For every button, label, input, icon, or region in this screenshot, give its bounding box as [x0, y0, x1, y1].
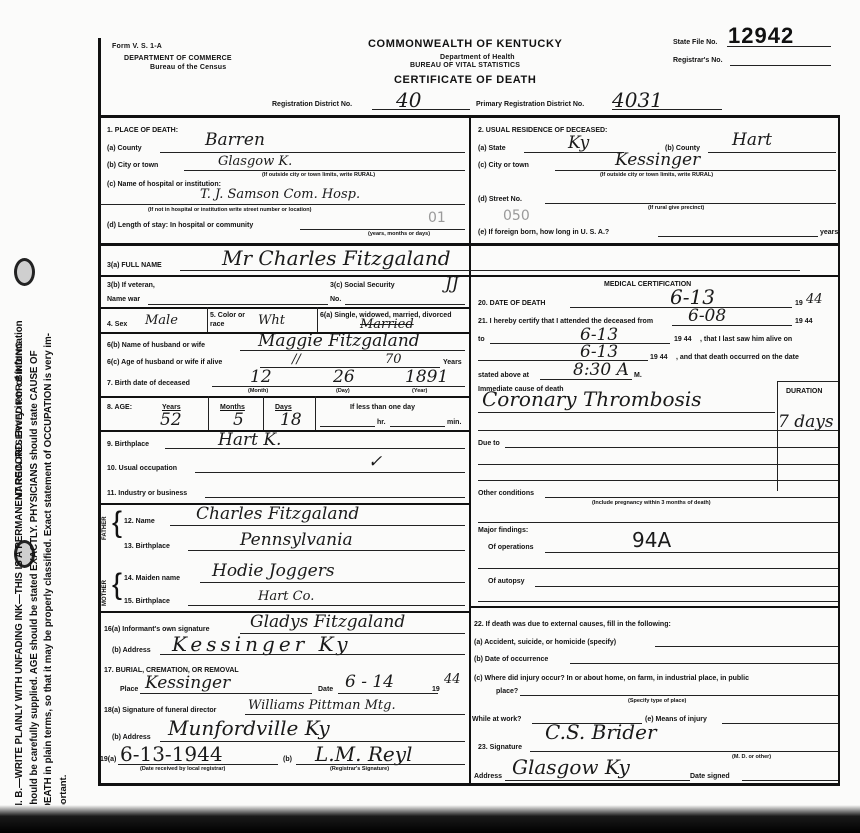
- burial-date-value: 6 - 14: [345, 672, 394, 692]
- physician-address-label: Address: [474, 773, 502, 780]
- informant-signature-value: Gladys Fitzgaland: [250, 612, 405, 632]
- physician-signature-value: C.S. Brider: [545, 720, 657, 744]
- primary-district-label: Primary Registration District No.: [476, 101, 584, 108]
- accident-line: [655, 646, 838, 647]
- residence-county-line: [708, 152, 836, 153]
- last-saw-year: 19 44: [650, 354, 668, 361]
- bureau-vital-stats: BUREAU OF VITAL STATISTICS: [410, 62, 520, 69]
- other-conditions-note: (Include pregnancy within 3 months of de…: [592, 500, 711, 506]
- age-divider-2: [263, 396, 264, 430]
- war-label: Name war: [107, 296, 140, 303]
- birth-year-value: 1891: [405, 367, 448, 387]
- birth-year-caption: (Year): [412, 388, 427, 394]
- death-certificate: MARGIN RESERVED FOR BINDING N. B.—WRITE …: [0, 0, 860, 833]
- reg-district-underline: [372, 109, 470, 110]
- marital-value: Married: [360, 317, 414, 332]
- binding-hole-top: [14, 258, 35, 286]
- duration-box-left: [777, 381, 778, 491]
- spouse-age-mark: //: [292, 352, 301, 367]
- street-line: [545, 203, 836, 204]
- sex-value: Male: [145, 313, 178, 328]
- veteran-label: 3(b) If veteran,: [107, 282, 155, 289]
- stated-above-label: stated above at: [478, 372, 529, 379]
- age-divider-3: [315, 396, 316, 430]
- burial-place-label: Place: [120, 686, 138, 693]
- section-rule-5: [98, 396, 470, 398]
- operations-label: Of operations: [488, 544, 534, 551]
- father-birthplace-label: 13. Birthplace: [124, 543, 170, 550]
- director-address-label: (b) Address: [112, 734, 151, 741]
- birth-day-value: 26: [333, 367, 355, 387]
- social-security-no-label: No.: [330, 296, 341, 303]
- duration-box-top: [777, 381, 838, 382]
- date-received-line: [118, 764, 278, 765]
- full-name-value: Mr Charles Fitzgaland: [222, 246, 451, 270]
- time-of-death-value: 8:30 A: [573, 360, 629, 380]
- burial-date-line: [338, 693, 438, 694]
- father-name-value: Charles Fitzgaland: [196, 504, 359, 524]
- registrar-no-label: Registrar's No.: [673, 57, 723, 64]
- funeral-director-value: Williams Pittman Mtg.: [248, 698, 396, 713]
- date-of-death-year: 44: [806, 292, 823, 307]
- death-city-line: [184, 170, 465, 171]
- other-line: [545, 497, 838, 498]
- min-label: min.: [447, 419, 461, 426]
- length-of-stay-value: 01: [428, 210, 446, 226]
- occurrence-line: [570, 663, 838, 664]
- father-name-label: 12. Name: [124, 518, 155, 525]
- burial-date-label: Date: [318, 686, 333, 693]
- burial-place-value: Kessinger: [145, 673, 230, 693]
- full-name-line: [180, 270, 800, 271]
- mother-birthplace-label: 15. Birthplace: [124, 598, 170, 605]
- dept-commerce: DEPARTMENT OF COMMERCE: [124, 55, 232, 62]
- birthplace-label: 9. Birthplace: [107, 441, 149, 448]
- attended-to-year: 19 44: [674, 336, 692, 343]
- section-rule-external: [470, 606, 840, 608]
- state-file-label: State File No.: [673, 39, 717, 46]
- attended-from-year: 19 44: [795, 318, 813, 325]
- age-months-value: 5: [233, 410, 244, 430]
- spouse-years-label: Years: [443, 359, 462, 366]
- birth-date-label: 7. Birth date of deceased: [107, 380, 190, 387]
- injury-where-label: (c) Where did injury occur? In or about …: [474, 675, 749, 682]
- death-city-label: (b) City or town: [107, 162, 158, 169]
- due-line-1: [505, 447, 838, 448]
- means-line: [722, 723, 838, 724]
- father-name-line: [170, 525, 465, 526]
- informant-address-value: Kessinger Ky: [172, 632, 352, 656]
- bottom-rule: [98, 783, 840, 786]
- ss-line: [345, 304, 465, 305]
- mother-birthplace-line: [188, 605, 465, 606]
- last-saw-value: 6-13: [580, 342, 618, 362]
- social-security-label: 3(c) Social Security: [330, 282, 395, 289]
- section-rule-2: [98, 275, 840, 277]
- injury-place-label: place?: [496, 688, 518, 695]
- registration-district-label: Registration District No.: [272, 101, 352, 108]
- operations-value: 94A: [632, 528, 671, 552]
- death-county-line: [160, 152, 465, 153]
- age-divider-1: [208, 396, 209, 430]
- injury-place-line: [520, 695, 838, 696]
- attended-to-label: to: [478, 336, 485, 343]
- md-note: (M. D. or other): [732, 754, 771, 760]
- age-days-value: 18: [280, 410, 302, 430]
- autopsy-line: [535, 586, 838, 587]
- other-conditions-label: Other conditions: [478, 490, 534, 497]
- registrar-signature-label: (b): [283, 756, 292, 763]
- mother-maiden-label: 14. Maiden name: [124, 575, 180, 582]
- length-of-stay-label: (d) Length of stay: In hospital or commu…: [107, 222, 253, 229]
- residence-state-value: Ky: [568, 133, 589, 153]
- industry-label: 11. Industry or business: [107, 490, 187, 497]
- accident-label: (a) Accident, suicide, or homicide (spec…: [474, 639, 616, 646]
- less-than-day-label: If less than one day: [350, 404, 415, 411]
- attended-label: 21. I hereby certify that I attended the…: [478, 318, 653, 325]
- father-brace: {: [112, 508, 122, 538]
- birthplace-value: Hart K.: [218, 430, 281, 450]
- occupation-label: 10. Usual occupation: [107, 465, 177, 472]
- informant-address-label: (b) Address: [112, 647, 151, 654]
- residence-state-line: [524, 152, 624, 153]
- date-received-value: 6-13-1944: [120, 742, 223, 766]
- min-line: [390, 426, 445, 427]
- dept-health: Department of Health: [440, 54, 515, 61]
- registrar-signature-value: L.M. Reyl: [315, 742, 412, 766]
- cause-line-2: [478, 430, 838, 431]
- major-findings-label: Major findings:: [478, 527, 528, 534]
- birth-month-caption: (Month): [248, 388, 268, 394]
- registrar-signature-note: (Registrar's Signature): [330, 766, 389, 772]
- death-county-label: (a) County: [107, 145, 142, 152]
- residence-city-line: [555, 170, 836, 171]
- occurrence-date-label: (b) Date of occurrence: [474, 656, 548, 663]
- social-security-mark: JJ: [445, 274, 459, 294]
- state-file-underline: [727, 46, 831, 47]
- duration-label: DURATION: [786, 388, 822, 395]
- time-suffix: M.: [634, 372, 642, 379]
- date-signed-line: [742, 780, 838, 781]
- foreign-line: [658, 236, 818, 237]
- registrar-no-underline: [730, 65, 831, 66]
- date-of-death-label: 20. DATE OF DEATH: [478, 300, 545, 307]
- hospital-note: (If not in hospital or institution write…: [148, 207, 311, 213]
- residence-city-label: (c) City or town: [478, 162, 529, 169]
- street-no-label: (d) Street No.: [478, 196, 522, 203]
- last-saw-label: , that I last saw him alive on: [700, 336, 792, 343]
- hr-line: [320, 426, 375, 427]
- due-line-3: [478, 480, 838, 481]
- spouse-label: 6(b) Name of husband or wife: [107, 342, 205, 349]
- frame-left: [98, 38, 101, 783]
- occupation-line: [195, 472, 465, 473]
- color-label: 5. Color or race: [210, 311, 250, 329]
- physician-address-value: Glasgow Ky: [512, 755, 630, 779]
- date-of-death-line: [570, 307, 792, 308]
- age-label: 8. AGE:: [107, 404, 132, 411]
- right-border: [838, 116, 840, 786]
- foreign-born-label: (e) If foreign born, how long in U. S. A…: [478, 229, 609, 236]
- full-name-label: 3(a) FULL NAME: [107, 262, 162, 269]
- certificate-title: CERTIFICATE OF DEATH: [394, 74, 536, 86]
- mother-brace: {: [112, 570, 122, 600]
- color-value: Wht: [258, 313, 285, 328]
- length-of-stay-note: (years, months or days): [368, 231, 430, 237]
- residence-county-value: Hart: [732, 130, 772, 150]
- mother-tag: MOTHER: [102, 580, 108, 606]
- findings-line-2: [478, 568, 838, 569]
- scan-edge-shadow: [0, 805, 860, 833]
- father-birthplace-value: Pennsylvania: [240, 530, 353, 550]
- section-rule-1: [98, 243, 840, 246]
- burial-year-prefix: 19: [432, 686, 440, 693]
- attended-from-value: 6-08: [688, 306, 726, 326]
- physician-signature-line: [530, 751, 838, 752]
- street-note: (If rural give precinct): [648, 205, 704, 211]
- center-divider: [469, 116, 471, 786]
- informant-address-line: [160, 654, 465, 655]
- primary-district-underline: [612, 109, 722, 110]
- residence-city-value: Kessinger: [615, 150, 700, 170]
- father-birthplace-line: [188, 550, 465, 551]
- birth-day-caption: (Day): [336, 388, 350, 394]
- birth-line: [212, 386, 465, 387]
- mother-maiden-value: Hodie Joggers: [212, 561, 335, 581]
- section-rule-6: [98, 430, 470, 432]
- physician-address-line: [505, 780, 690, 781]
- hr-label: hr.: [377, 419, 386, 426]
- while-at-work-label: While at work?: [472, 716, 521, 723]
- director-address-value: Munfordville Ky: [168, 716, 330, 740]
- attended-from-line: [672, 325, 792, 326]
- external-heading: 22. If death was due to external causes,…: [474, 621, 671, 628]
- death-city-value: Glasgow K.: [218, 154, 292, 169]
- war-line: [148, 304, 328, 305]
- spouse-line: [240, 350, 465, 351]
- operations-line: [545, 552, 838, 553]
- due-line-2: [478, 464, 838, 465]
- death-occurred-label: , and that death occurred on the date: [676, 354, 799, 361]
- industry-line: [205, 497, 465, 498]
- sex-label: 4. Sex: [107, 321, 127, 328]
- margin-instructions-1: N. B.—WRITE PLAINLY WITH UNFADING INK—TH…: [14, 320, 25, 810]
- spouse-age-label: 6(c) Age of husband or wife if alive: [107, 359, 222, 366]
- burial-year-value: 44: [444, 672, 461, 687]
- duration-value: 7 days: [778, 412, 834, 432]
- color-divider: [317, 307, 318, 332]
- spouse-value: Maggie Fitzgaland: [258, 331, 420, 351]
- mother-birthplace-value: Hart Co.: [258, 589, 314, 604]
- section-rule-3: [98, 307, 470, 309]
- hospital-line: [100, 204, 465, 205]
- death-city-note: (If outside city or town limits, write R…: [262, 172, 375, 178]
- age-years-value: 52: [160, 410, 182, 430]
- immediate-cause-value: Coronary Thrombosis: [482, 387, 702, 411]
- date-signed-label: Date signed: [690, 773, 730, 780]
- occupation-value: ✓: [368, 452, 382, 472]
- margin-instructions-2: should be carefully supplied. AGE should…: [29, 350, 40, 810]
- findings-rule: [478, 522, 838, 523]
- stamp-050: 050: [503, 208, 530, 224]
- spouse-age-value: 70: [385, 352, 402, 367]
- date-received-label: 19(a): [100, 756, 116, 763]
- place-of-death-heading: 1. PLACE OF DEATH:: [107, 127, 178, 134]
- form-number: Form V. S. 1-A: [112, 43, 162, 50]
- birth-month-value: 12: [250, 367, 272, 387]
- years-label: years: [820, 229, 838, 236]
- residence-state-label: (a) State: [478, 145, 506, 152]
- father-tag: FATHER: [102, 516, 108, 540]
- sex-divider: [207, 307, 208, 332]
- death-county-value: Barren: [205, 130, 265, 150]
- findings-line-3: [478, 601, 838, 602]
- residence-city-note: (If outside city or town limits, write R…: [600, 172, 713, 178]
- injury-place-note: (Specify type of place): [628, 698, 686, 704]
- date-of-death-year-prefix: 19: [795, 300, 803, 307]
- mother-maiden-line: [200, 582, 465, 583]
- physician-signature-label: 23. Signature: [478, 744, 522, 751]
- time-line: [540, 379, 632, 380]
- stay-line: [300, 229, 465, 230]
- document-title: COMMONWEALTH OF KENTUCKY: [368, 38, 562, 50]
- due-to-label: Due to: [478, 440, 500, 447]
- bureau-census: Bureau of the Census: [150, 64, 226, 71]
- funeral-director-line: [245, 714, 465, 715]
- margin-instructions-3: DEATH in plain terms, so that it may be …: [43, 333, 54, 810]
- registrar-signature-line: [296, 764, 465, 765]
- hospital-value: T. J. Samson Com. Hosp.: [200, 187, 360, 202]
- date-received-note: (Date received by local registrar): [140, 766, 225, 772]
- cause-line-1: [478, 412, 775, 413]
- burial-place-line: [140, 693, 312, 694]
- birthplace-line: [165, 448, 465, 449]
- funeral-director-label: 18(a) Signature of funeral director: [104, 707, 216, 714]
- autopsy-label: Of autopsy: [488, 578, 525, 585]
